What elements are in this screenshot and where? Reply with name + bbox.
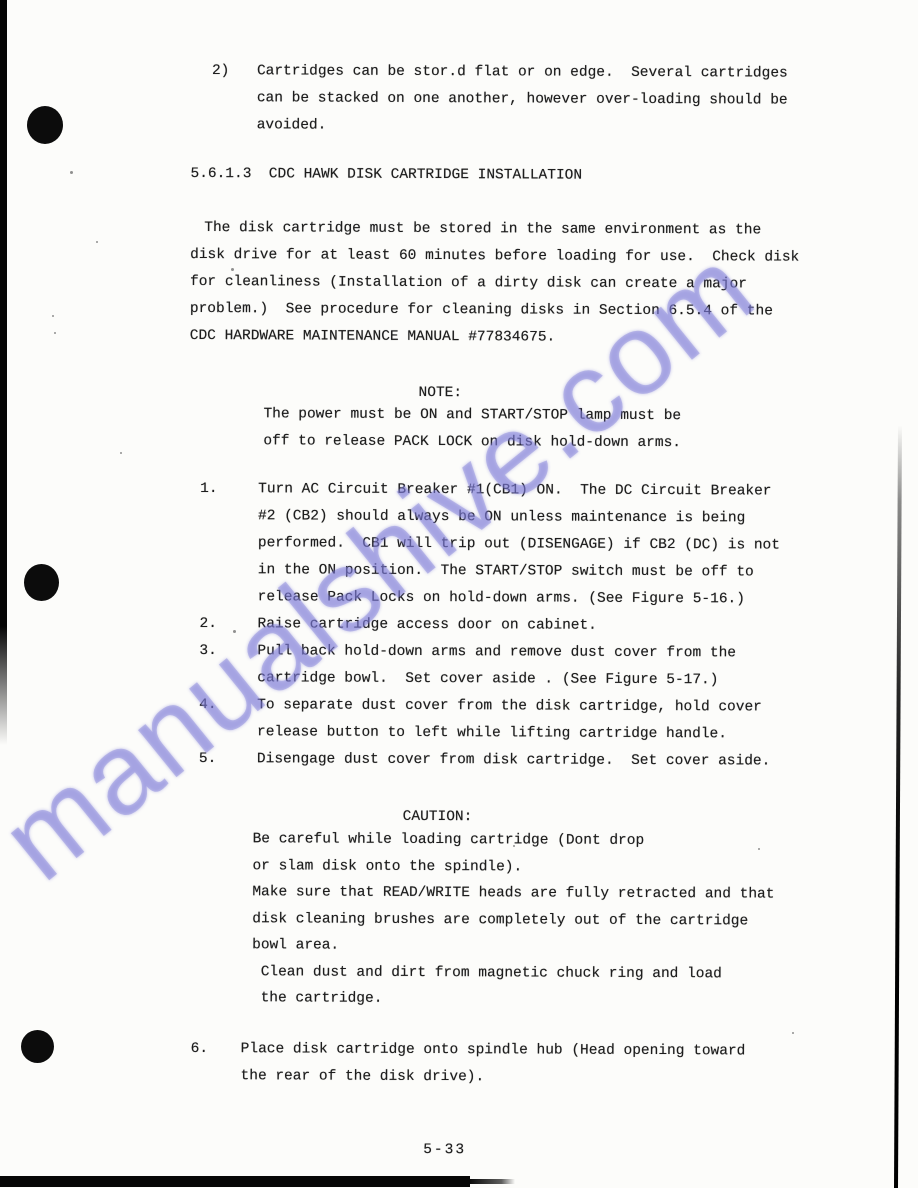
text-line: disk drive for at least 60 minutes befor… [190, 242, 799, 272]
text-line: disk cleaning brushes are completely out… [252, 906, 774, 935]
text-line: can be stacked on one another, however o… [257, 85, 788, 114]
step-text: Place disk cartridge onto spindle hub (H… [241, 1036, 746, 1092]
text-line: The disk cartridge must be stored in the… [190, 215, 799, 245]
scan-edge-left-bar [0, 0, 7, 745]
section-heading: 5.6.1.3 CDC HAWK DISK CARTRIDGE INSTALLA… [190, 161, 582, 190]
text-line: off to release PACK LOCK on disk hold-do… [263, 428, 681, 457]
text-line: Clean dust and dirt from magnetic chuck … [252, 959, 774, 988]
text-line: To separate dust cover from the disk car… [257, 692, 762, 721]
step-number: 1. [200, 476, 258, 503]
list-item-text: Cartridges can be stor.d flat or on edge… [257, 58, 788, 141]
step-number: 4. [199, 692, 257, 719]
text-line: in the ON position. The START/STOP switc… [258, 557, 780, 586]
scan-edge-bottom-bar [0, 1176, 470, 1187]
step-text: Pull back hold-down arms and remove dust… [257, 638, 736, 694]
text-line: the cartridge. [252, 985, 774, 1014]
intro-paragraph: The disk cartridge must be stored in the… [190, 215, 800, 353]
note-body: The power must be ON and START/STOP lamp… [263, 401, 681, 457]
page-number: 5-33 [423, 1137, 466, 1164]
step-row: 3. Pull back hold-down arms and remove d… [199, 638, 779, 695]
text-line: #2 (CB2) should always be ON unless main… [258, 503, 780, 532]
text-line: Disengage dust cover from disk cartridge… [257, 746, 771, 775]
text-line: for cleanliness (Installation of a dirty… [190, 269, 799, 299]
text-line: performed. CB1 will trip out (DISENGAGE)… [258, 530, 780, 559]
text-line: cartridge bowl. Set cover aside . (See F… [257, 665, 736, 694]
text-line: Cartridges can be stor.d flat or on edge… [257, 58, 788, 87]
text-line: problem.) See procedure for cleaning dis… [190, 296, 799, 326]
typed-text-layer: 2) Cartridges can be stor.d flat or on e… [0, 0, 918, 1188]
hole-punch-mark [24, 564, 59, 601]
hole-punch-mark [21, 1030, 54, 1063]
list-item-2-continued: 2) Cartridges can be stor.d flat or on e… [212, 58, 788, 142]
text-line: Turn AC Circuit Breaker #1(CB1) ON. The … [258, 476, 780, 505]
step-number: 2. [199, 611, 257, 638]
caution-body: Be careful while loading cartridge (Dont… [252, 826, 775, 1014]
text-line: release button to left while lifting car… [257, 719, 762, 748]
list-item-number: 2) [212, 58, 257, 85]
step-text: Raise cartridge access door on cabinet. [257, 611, 596, 639]
step-row: 5. Disengage dust cover from disk cartri… [199, 746, 779, 776]
step-text: Disengage dust cover from disk cartridge… [257, 746, 771, 775]
scanned-manual-page: 2) Cartridges can be stor.d flat or on e… [0, 0, 918, 1188]
step-number: 5. [199, 746, 257, 773]
text-line: Make sure that READ/WRITE heads are full… [252, 879, 774, 908]
step-number: 6. [191, 1036, 241, 1063]
scan-edge-bottom-bar-tail [470, 1179, 515, 1184]
text-line: Pull back hold-down arms and remove dust… [257, 638, 736, 667]
step-text: Turn AC Circuit Breaker #1(CB1) ON. The … [258, 476, 781, 613]
step-row-6: 6. Place disk cartridge onto spindle hub… [191, 1036, 746, 1092]
numbered-steps: 1. Turn AC Circuit Breaker #1(CB1) ON. T… [199, 476, 780, 776]
step-number: 3. [199, 638, 257, 665]
step-text: To separate dust cover from the disk car… [257, 692, 762, 748]
text-line: The power must be ON and START/STOP lamp… [263, 401, 681, 430]
step-row: 4. To separate dust cover from the disk … [199, 692, 779, 749]
text-line: avoided. [257, 112, 788, 141]
text-line: the rear of the disk drive). [241, 1063, 746, 1092]
text-line: or slam disk onto the spindle). [252, 853, 774, 882]
text-line: bowl area. [252, 932, 774, 961]
text-line: release Pack Locks on hold-down arms. (S… [258, 584, 780, 613]
step-row: 1. Turn AC Circuit Breaker #1(CB1) ON. T… [200, 476, 781, 614]
text-line: Be careful while loading cartridge (Dont… [253, 826, 775, 855]
text-line: Place disk cartridge onto spindle hub (H… [241, 1036, 746, 1065]
hole-punch-mark [27, 106, 63, 144]
text-line: Raise cartridge access door on cabinet. [257, 611, 596, 639]
step-row: 2. Raise cartridge access door on cabine… [199, 611, 779, 641]
text-line: CDC HARDWARE MAINTENANCE MANUAL #7783467… [190, 323, 799, 353]
